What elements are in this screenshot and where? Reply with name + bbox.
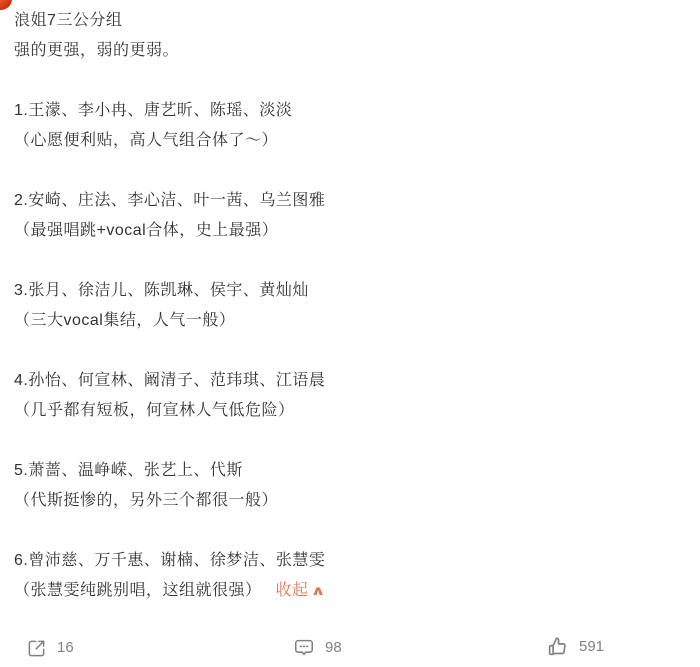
post-body: 浪姐7三公分组 强的更强，弱的更弱。 1.王濛、李小冉、唐艺昕、陈瑶、淡淡 （心… — [14, 6, 680, 636]
group-3-comment: （三大vocal集结，人气一般） — [14, 306, 680, 336]
group-2-names: 2.安崎、庄法、李心洁、叶一茜、乌兰图雅 — [14, 186, 680, 216]
group-6-comment-line: （张慧雯纯跳别唱，这组就很强）收起∧ — [14, 576, 680, 606]
group-6-comment: （张慧雯纯跳别唱，这组就很强） — [14, 582, 262, 599]
comment-icon — [294, 639, 314, 658]
group-5-comment: （代斯挺惨的，另外三个都很一般） — [14, 486, 680, 516]
post-subtitle: 强的更强，弱的更弱。 — [14, 36, 680, 66]
collapse-link-label: 收起 — [276, 582, 309, 599]
comment-button[interactable]: 98 — [294, 638, 342, 658]
group-5-names: 5.萧蔷、温峥嵘、张艺上、代斯 — [14, 456, 680, 486]
post-title: 浪姐7三公分组 — [14, 6, 680, 36]
group-4-comment: （几乎都有短板，何宣林人气低危险） — [14, 396, 680, 426]
group-1-names: 1.王濛、李小冉、唐艺昕、陈瑶、淡淡 — [14, 96, 680, 126]
group-2: 2.安崎、庄法、李心洁、叶一茜、乌兰图雅 （最强唱跳+vocal合体，史上最强） — [14, 186, 680, 246]
share-button[interactable]: 16 — [27, 638, 74, 658]
thumbs-up-icon — [547, 636, 568, 657]
like-button[interactable]: 591 — [547, 636, 604, 657]
group-2-comment: （最强唱跳+vocal合体，史上最强） — [14, 216, 680, 246]
group-5: 5.萧蔷、温峥嵘、张艺上、代斯 （代斯挺惨的，另外三个都很一般） — [14, 456, 680, 516]
action-toolbar: 16 98 591 — [0, 630, 700, 667]
group-4: 4.孙怡、何宣林、阚清子、范玮琪、江语晨 （几乎都有短板，何宣林人气低危险） — [14, 366, 680, 426]
group-6: 6.曾沛慈、万千惠、谢楠、徐梦洁、张慧雯 （张慧雯纯跳别唱，这组就很强）收起∧ — [14, 546, 680, 606]
group-1-comment: （心愿便利贴，高人气组合体了～） — [14, 126, 680, 156]
red-circle-avatar-fragment-icon — [0, 0, 12, 10]
group-3: 3.张月、徐洁儿、陈凯琳、侯宇、黄灿灿 （三大vocal集结，人气一般） — [14, 276, 680, 336]
group-6-names: 6.曾沛慈、万千惠、谢楠、徐梦洁、张慧雯 — [14, 546, 680, 576]
post-header: 浪姐7三公分组 强的更强，弱的更弱。 — [14, 6, 680, 66]
like-count: 591 — [579, 637, 604, 657]
collapse-link[interactable]: 收起∧ — [276, 582, 324, 599]
group-1: 1.王濛、李小冉、唐艺昕、陈瑶、淡淡 （心愿便利贴，高人气组合体了～） — [14, 96, 680, 156]
share-icon — [27, 639, 46, 658]
group-4-names: 4.孙怡、何宣林、阚清子、范玮琪、江语晨 — [14, 366, 680, 396]
group-3-names: 3.张月、徐洁儿、陈凯琳、侯宇、黄灿灿 — [14, 276, 680, 306]
chevron-up-icon: ∧ — [310, 576, 325, 606]
share-count: 16 — [57, 638, 74, 658]
comment-count: 98 — [325, 638, 342, 658]
